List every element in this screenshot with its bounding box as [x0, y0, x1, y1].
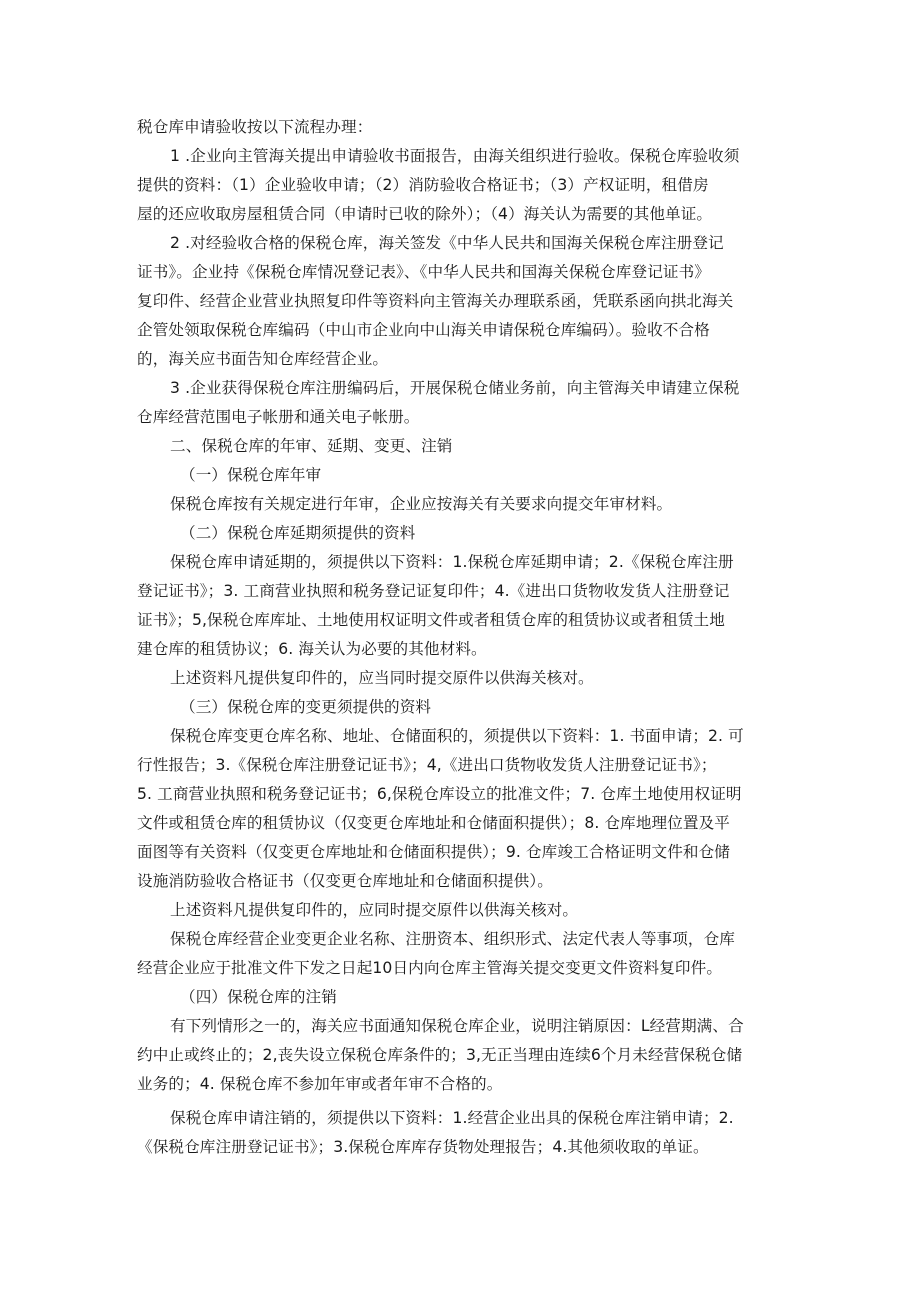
text-line: 证书》。企业持《保税仓库情况登记表》、《中华人民共和国海关保税仓库登记证书》 — [137, 262, 710, 282]
text-line: 上述资料凡提供复印件的，应当同时提交原件以供海关核对。 — [170, 668, 594, 688]
text-line: （二）保税仓库延期须提供的资料 — [180, 523, 415, 543]
text-line: 企管处领取保税仓库编码（中山市企业向中山海关申请保税仓库编码）。验收不合格 — [137, 320, 710, 340]
text-line: 约中止或终止的；2,丧失设立保税仓库条件的；3,无正当理由连续6个月未经营保税仓… — [137, 1045, 742, 1065]
document-page: 税仓库申请验收按以下流程办理：1 .企业向主管海关提出申请验收书面报告，由海关组… — [0, 0, 920, 1301]
text-line: 保税仓库按有关规定进行年审，企业应按海关有关要求向提交年审材料。 — [170, 494, 672, 514]
text-line: 建仓库的租赁协议；6. 海关认为必要的其他材料。 — [137, 639, 487, 659]
text-line: 登记证书》；3. 工商营业执照和税务登记证复印件；4.《进出口货物收发货人注册登… — [137, 581, 729, 601]
text-line: 二、保税仓库的年审、延期、变更、注销 — [170, 436, 453, 456]
text-line: 设施消防验收合格证书（仅变更仓库地址和仓储面积提供）。 — [137, 871, 553, 891]
text-line: 3 .企业获得保税仓库注册编码后，开展保税仓储业务前，向主管海关申请建立保税 — [170, 378, 739, 398]
text-line: （三）保税仓库的变更须提供的资料 — [180, 697, 431, 717]
text-line: 文件或租赁仓库的租赁协议（仅变更仓库地址和仓储面积提供）；8. 仓库地理位置及平 — [137, 813, 730, 833]
text-line: 有下列情形之一的，海关应书面通知保税仓库企业，说明注销原因：L经营期满、合 — [170, 1016, 744, 1036]
text-line: 5. 工商营业执照和税务登记证书；6,保税仓库设立的批准文件；7. 仓库土地使用… — [137, 784, 742, 804]
text-line: 保税仓库变更仓库名称、地址、仓储面积的，须提供以下资料：1. 书面申请；2. 可 — [170, 726, 744, 746]
text-line: （一）保税仓库年审 — [180, 465, 321, 485]
text-line: 1 .企业向主管海关提出申请验收书面报告，由海关组织进行验收。保税仓库验收须 — [170, 146, 739, 166]
text-line: 提供的资料：（1）企业验收申请；（2）消防验收合格证书；（3）产权证明，租借房 — [137, 175, 709, 195]
text-line: 税仓库申请验收按以下流程办理： — [137, 117, 372, 137]
text-line: 《保税仓库注册登记证书》；3.保税仓库库存货物处理报告；4.其他须收取的单证。 — [137, 1137, 709, 1157]
text-line: 复印件、经营企业营业执照复印件等资料向主管海关办理联系函，凭联系函向拱北海关 — [137, 291, 733, 311]
text-line: 行性报告；3.《保税仓库注册登记证书》；4,《进出口货物收发货人注册登记证书》； — [137, 755, 717, 775]
text-line: 上述资料凡提供复印件的，应同时提交原件以供海关核对。 — [170, 900, 578, 920]
text-line: 面图等有关资料（仅变更仓库地址和仓储面积提供）；9. 仓库竣工合格证明文件和仓储 — [137, 842, 730, 862]
text-line: 屋的还应收取房屋租赁合同（申请时已收的除外）；（4）海关认为需要的其他单证。 — [137, 204, 712, 224]
text-line: 2 .对经验收合格的保税仓库，海关签发《中华人民共和国海关保税仓库注册登记 — [170, 233, 724, 253]
text-line: 的，海关应书面告知仓库经营企业。 — [137, 349, 388, 369]
text-line: 经营企业应于批准文件下发之日起10日内向仓库主管海关提交变更文件资料复印件。 — [137, 958, 722, 978]
text-line: 仓库经营范围电子帐册和通关电子帐册。 — [137, 407, 420, 427]
text-line: 业务的；4. 保税仓库不参加年审或者年审不合格的。 — [137, 1074, 502, 1094]
text-line: （四）保税仓库的注销 — [180, 987, 337, 1007]
text-line: 保税仓库经营企业变更企业名称、注册资本、组织形式、法定代表人等事项，仓库 — [170, 929, 735, 949]
text-line: 保税仓库申请延期的，须提供以下资料：1.保税仓库延期申请；2.《保税仓库注册 — [170, 552, 734, 572]
text-line: 证书》；5,保税仓库库址、土地使用权证明文件或者租赁仓库的租赁协议或者租赁土地 — [137, 610, 725, 630]
text-line: 保税仓库申请注销的，须提供以下资料：1.经营企业出具的保税仓库注销申请；2. — [170, 1108, 734, 1128]
